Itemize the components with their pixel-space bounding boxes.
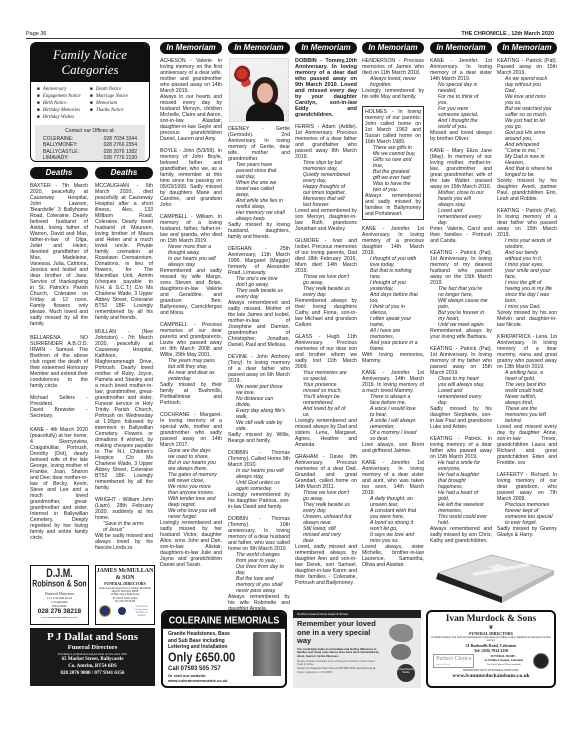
verse-line: With tender love and deep regret, [160,496,222,508]
verse-line: We still walk side by side. [228,420,290,432]
verse-line: The fact that you're no longer here, [430,286,492,298]
verse-line: Mother, close to our hearts you will alw… [430,190,492,208]
glass-end: Lovingly remembered and missed always by… [295,418,357,448]
verse-line: Gone are the days we used to share, [160,448,222,460]
verse-line: The years may pass but still they stay, [160,358,222,370]
verse-line: And that is where he longed to be. [497,166,557,178]
verse-line: I miss your eyes, your smile and your fa… [497,262,557,280]
category-item[interactable]: Birthday Wishes [37,114,90,121]
verse-line: Never more than a thought away, [160,244,222,256]
ad-nichs[interactable]: Northern Ireland Chest Heart & Stroke Re… [293,610,421,688]
keating-stephanie-end: Sadly missed by his daughter Stephanie, … [430,406,492,430]
verse-line: And days before that too, [362,292,424,304]
dallat-name: P J Dallat and Sons [30,631,155,644]
verse-line: Those we love don't go away, [295,490,357,502]
kane-brent-end: Love always, son Brent and girlfriend Ja… [362,442,424,454]
bifd-crest-icon [533,653,549,669]
verse-line: Quietly remembered every day, [295,172,357,184]
verse-line: But the love and memory of you shall nev… [228,576,290,594]
campbell-william-end: Remembered and sadly missed by wife Marg… [160,268,222,316]
murdock-web[interactable]: www.ivanmurdockandsons.co.uk [430,673,552,680]
notice-gilmore: GILMORE - Ivan and Isobel. Precious memo… [295,238,357,274]
headstone-image [253,632,281,676]
notice-glass: GLASS - Hugh. 11th Anniversary. Precious… [295,334,357,370]
notice-deighan: DEIGHAN - 25th Anniversary, 11th March 1… [228,246,290,276]
memoriam-banner: In Memoriam [430,42,492,54]
gilmore-end: Remembered always by their loving daught… [295,298,357,328]
notice-keating-stephanie: KEATING - Patrick (Pat). 1st Anniversary… [430,346,492,376]
verse-line: Time slips by but memories stay, [295,160,357,172]
deaths-banner: Deaths [30,167,88,179]
verse-line: He had a heart of gold, [430,490,492,502]
verse-line: When the one we loved was called away, [228,180,290,198]
verse-line: All I have are memories, [362,328,424,340]
verse-line: I miss the gift of having you in my life… [497,280,557,304]
verse-line: We miss you more than anyone knows. [160,484,222,496]
notice-dobbin-robinette: DOBBIN - Thomas (Tommy). 10th anniversar… [228,516,290,552]
ferris-end: Loved and remembered by son Mervyn, daug… [295,208,357,232]
verse-line: And loved by all of us. [295,406,357,418]
perfect-choice-sub: Funeral Plans [436,663,471,666]
ad-pj-dallat[interactable]: P J Dallat and Sons Funeral Directors Pr… [30,628,155,686]
category-item[interactable]: Engagement Notice [37,93,90,100]
notice-lafferty: LAFFERTY - Richard. In loving memory of … [497,472,557,502]
verse-line: As we spend each day without you Dad, [497,76,557,94]
category-item[interactable]: Birth Notice [37,100,90,107]
verse-line: Your memories are so special, [295,370,357,382]
verse-line: Was to have the two of you. [365,181,421,193]
notice-cochrane: COCHRANE - Margaret. In loving memory of… [160,412,222,448]
badge-icon [118,607,126,615]
dobbin-patricia-end: Lovingly remembered by his daughter Patr… [228,492,290,510]
holmes-box: HOLMES - In loving memory of our parents… [362,106,424,220]
portrait-image [246,73,284,121]
notice-devine: DEVINE - John Anthony (Tony). In loving … [228,354,290,384]
verse-line: There is always a face before me, [362,394,424,406]
keating-averil-end: Sorely missed by his daughter Averil, pa… [497,178,557,202]
keating-chris-end: Always remembered and sadly missed by so… [430,526,492,544]
verse-line: Gifts so rare and true, [365,157,421,169]
notice-dobbin-carolyn: DOBBIN - Tommy,10th Anniversary. In lovi… [295,58,357,118]
deaths-column-2: Deaths MCCAUGHAN - 5th March 2020, died … [95,167,153,557]
wright-verse: "Save in the arms of Jesus" [95,521,153,533]
notice-keating-melvin: KEATING - Patrick (Pat). In loving memor… [497,208,557,238]
verse-line: And whispered "Come to me," [497,142,557,154]
verse-line: He left the sweetest memories, [430,502,492,514]
verse-line: I often speak your name, [362,316,424,328]
murdock-desc: A family business free from all multinat… [430,636,552,643]
category-item[interactable]: Birthday Memories [37,107,90,114]
notice-keating-chris: KEATING - Patrick. In loving memory of a… [430,436,492,460]
kane-oliver-end: Missed and loved always by brother Olive… [430,130,492,142]
keating-barbara-end: Remembered always by your loving wife Ba… [430,328,492,340]
keating-melvin-end: Sorely missed by his son Melvin and daug… [497,310,557,328]
kane-may-end: Peter, Valerie, Carol and their families… [430,226,492,244]
verse-line: Every day along life's walk, [228,408,290,420]
verse-line: He had a laughter that brought happiness… [430,472,492,490]
notice-deeney: DEENEY - Gertie (Gertrude). 2nd Annivers… [228,126,290,162]
verse-line: Still loved, still missed and very dear. [295,526,357,544]
kane-mammy-end: With loving memories, Mammy. [362,352,424,364]
verse-line: Always loved, never forgotten. [362,76,424,88]
verse-line: Those we love don't go away, [295,274,357,286]
verse-line: Her memory we shall always keep. [228,210,290,222]
notice-campbell-william: CAMPBELL - William. In memory of a lovin… [160,214,222,244]
deeney-photo [229,58,289,122]
verse-line: And your picture in a frame. [362,340,424,352]
notice-henderson: HENDERSON - Precious memories of James w… [362,58,424,76]
ad-james-mcmullan[interactable]: JAMES McMULLAN & SON FUNERAL DIRECTORS U… [95,565,155,625]
verse-line: A voice I would love to hear, [362,406,424,418]
verse-line: And I thought the world of you. [430,118,492,130]
verse-line: Until God unites us again someday. [228,480,290,492]
fnc-title: Family Notice Categories [31,43,149,82]
verse-line: He had a smile for everyone, [430,460,492,472]
verse-line: A smiling face, a heart of gold, [497,370,557,382]
nichs-contact[interactable]: Contact our Supporter Care Team on 028 9… [297,667,379,670]
deaths-column-1: Deaths BAXTER - 7th March 2020, peaceful… [30,167,88,547]
memoriam-banner: In Memoriam [160,42,222,54]
office-row: LIMAVADY:028 7776 2130 [43,155,137,162]
verse-line: Will always cause me pain, [430,298,492,310]
family-notice-categories: Family Notice Categories Anniversary Dea… [30,42,150,162]
verse-line: Happy thoughts of our times together, [295,184,357,196]
memoriam-banner: In Memoriam [295,42,357,54]
notice-campbell-lizzie: CAMPBELL - Precious memories of our dear… [160,322,222,358]
murdock-name: Ivan Murdock & Sons [430,614,552,625]
verse-line: Unseen, unheard but always near, [295,514,357,526]
verse-line: Close to my heart you will always stay, [430,376,492,388]
verse-line: But we watched you suffer so so much, [497,106,557,118]
notice-graham: GRAHAM - Davie. 9th Anniversary. Preciou… [295,454,357,490]
notice-kirkpatrick: KIRKPATRICK - Lena. 1st Anniversary. In … [497,334,557,370]
ad-coleraine-memorials[interactable]: COLERAINE MEMORIALS Granite Headstones, … [161,610,287,688]
memoriam-column-3: In Memoriam DOBBIN - Tommy,10th Annivers… [295,42,357,592]
notice-mullan: MULLAN - (Nee Johnston) - 7th March 2020… [95,329,153,491]
deaths-banner: Deaths [95,167,153,179]
graham-end: Loved, sadly missed and remembered alway… [295,544,357,586]
verse-line: But the greatest gift we ever had: [365,169,421,181]
notice-kane-oliver: KANE - Jennifer. 1st Anniversary. In lov… [430,58,492,82]
verse-line: My Dad is now in Heaven, [497,154,557,166]
verse-line: We just had to let you go, [497,118,557,130]
nichs-body2: Please consider a donation in lieu of fl… [297,660,379,666]
category-item[interactable]: Death Notice [90,86,143,93]
verse-line: And our family without you in it, [497,250,557,262]
mcmullan-name2: & SON [96,575,154,582]
nichs-body: You could help make an immediate and las… [297,648,379,659]
verse-line: The gates of memory will never close, [160,472,222,484]
cochrane-end: Lovingly remembered and sadly missed by … [160,520,222,568]
verse-line: The very best this world could hold, [497,382,557,394]
memoriam-banner: In Memoriam [228,42,290,54]
notice-holmes: HOLMES - In loving memory of our parents… [365,109,421,145]
notice-wright: WRIGHT - William John (Liam). 28th Febru… [95,497,153,521]
notice-kane-brent: KANE - Jennifer. 1st Anniversary. 14th M… [362,370,424,394]
memoriam-banner: In Memoriam [362,42,424,54]
verse-line: A daily thought, an unseen tear, [362,496,424,508]
verse-line: We never part those we love, [228,384,290,396]
verse-line: But that is nothing new, [362,268,424,280]
verse-line: A constant wish that you were here, [362,508,424,520]
verse-line: I thought of you yesterday, [362,280,424,292]
verse-line: These are the memories you left behind. [497,406,557,424]
verse-line: They walk beside us every day. [228,288,290,300]
devine-end: Sadly missed by Willis, Bearge and famil… [228,432,290,444]
office-phone[interactable]: 028 7776 2130 [104,155,137,162]
verse-line: Precious memories forever kept of someon… [497,502,557,526]
category-item[interactable]: Memoriam [90,100,143,107]
verse-line: They walk beside us every day, [295,502,357,514]
verse-line: No distance can divide, [228,396,290,408]
verse-line: I thought of you with love today, [362,256,424,268]
mcmullan-logos: SELECTED Independent FUNERAL HOMES [96,605,154,617]
verse-line: But you're forever in my heart, [430,310,492,322]
verse-line: Your presence missed so much, [295,382,357,394]
notice-bellarena: BELLARENA NO SURRENDER A.B.O.D. IRWIN - … [30,335,88,389]
verse-line: Of a mommy I loved so dear. [362,430,424,442]
contact-offices: Contact our Offices at: COLERAINE:028 70… [35,125,145,162]
notice-kane-dorothy: KANE - 4th March 2020 (peacefully) at he… [30,427,88,541]
memoriam-column-2: In Memoriam DEENEY - Gertie (Gertrude). … [228,42,290,618]
flower-image [391,644,411,660]
acheson-end: Always in our hearts and missed every da… [160,94,222,142]
verse-line: We love and miss you so, [497,94,557,106]
verse-line: There are gifts in life we cannot buy, [365,145,421,157]
memoriam-column-5: In Memoriam KANE - Jennifer. 1st Anniver… [430,33,492,550]
verse-line: A smile I will always remember, [362,418,424,430]
category-item[interactable]: Marriage Notice [90,93,143,100]
notice-kane-mammy: KANE - Jennifer. 1st Anniversary. In lov… [362,226,424,256]
notice-ferris: FERRIS - Adam (Addie). 1st Anniversary. … [295,124,357,160]
verse-line: The world changes from year to year, [228,552,290,564]
mcmullan-name1: JAMES McMULLAN [96,568,154,575]
cm-web[interactable]: www.colerainememorials.co.uk [168,678,280,683]
nichs-org: Northern Ireland Chest Heart & Stroke [293,610,421,618]
nichs-title: Remember your loved one in a very specia… [297,620,379,646]
verse-line: For you were someone special, [430,106,492,118]
nichs-charity: Charity registration no. NIC103593 [297,672,379,675]
notice-baxter: BAXTER - 7th March 2020, peacefully at C… [30,183,88,327]
perfect-choice-text: Perfect Choice [436,656,471,663]
category-list: Anniversary Death Notice Engagement Noti… [31,82,149,125]
office-name: LIMAVADY: [43,155,69,162]
deeney-end: Sadly missed by loving husband, daughter… [228,222,290,240]
lafferty-end: Sadly missed by Granny Gladys & Harry. [497,526,557,538]
notice-keating-barbara: KEATING - Patrick (Pat). 1st Anniversary… [430,250,492,286]
memoriam-column-6: In Memoriam KEATING - Patrick (Pat). Pas… [497,33,557,544]
djm-name1: D.J.M. [31,567,88,580]
verse-line: Our lives from day to day, [228,564,290,576]
nichs-logo: Chest Heart & Stroke [397,664,415,682]
verse-line: It says we love and miss you so. [362,532,424,544]
ad-djm-robinson[interactable]: D.J.M. Robinson & Son Funeral Directors … [30,565,89,625]
notice-acheson: ACHESON - Valerie. In loving memory on t… [160,58,222,94]
fnc-title-line1: Family Notice [31,47,149,62]
cm-title: COLERAINE MEMORIALS [163,611,285,629]
bellarena-signature-1: Michael Sellers - President. [30,395,88,407]
kane-michelle-end: Loved always, sister Michelle, brother-i… [362,544,424,568]
dallat-subtitle: Funeral Directors [30,644,155,652]
verse-line: And while she lies in restful sleep, [228,198,290,210]
bible-image [432,553,556,605]
notice-kane-may: KANE - Mary Eliza Jane (May). In memory … [430,148,492,190]
verse-line: In our hearts you will always stay, [228,468,290,480]
verse-line: Never selfish, always kind, [497,394,557,406]
notice-boyle: BOYLE - John (5/3/99). In memory of John… [160,148,222,208]
verse-line: The one's we love don't go away, [228,276,290,288]
verse-line: For me to think of you, [430,94,492,106]
verse-line: We who love you will never forget. [160,508,222,520]
memoriam-column-1: In Memoriam ACHESON - Valerie. In loving… [160,42,222,574]
djm-phone[interactable]: 028 276 38218 [31,608,88,616]
verse-line: But in our hearts you are always there, [160,460,222,472]
verse-line: They walk beside us every day. [295,286,357,298]
verse-line: No special day is needed, [430,82,492,94]
perfect-choice-logo: Perfect Choice Funeral Plans [433,654,474,668]
djm-name2: Robinson & Son [31,579,88,591]
verse-line: I think of you in silence, [362,304,424,316]
verse-line: You'll always be remembered, [295,394,357,406]
dallat-phones[interactable]: 028 2076 9000 / 077 9341 6156 [30,670,155,677]
wright-end: Will be sadly missed and always loved by… [95,533,153,551]
notice-dobbin-patricia: DOBBIN - Thomas (Tommy). Called Home 9th… [228,450,290,468]
henderson-end: Lovingly remembered by his wife May and … [362,88,424,100]
contact-title: Contact our Offices at: [43,128,137,135]
verse-line: A bond so strong it won't let go, [362,520,424,532]
notice-keating-averil: KEATING - Patrick (Pat). Passed away on … [497,58,557,76]
campbell-lizzie-end: Sadly missed by their family at Bushmill… [160,382,222,406]
verse-line: Loved and remembered every day. [430,208,492,226]
flower-image [389,624,413,642]
ad-ivan-murdock[interactable]: Ivan Murdock & Sons ❦ FUNERAL DIRECTORS … [426,610,556,688]
verse-line: In our hearts you will always stay. [160,256,222,268]
verse-line: Loved and remembered every day. [430,388,492,406]
bellarena-signature-2: David Brewster - Secretary. [30,407,88,419]
mcmullan-badge: SELECTED Independent FUNERAL HOMES [133,605,151,617]
memoriam-banner: In Memoriam [497,42,557,54]
murdock-prepaid: Pre Paid Funeral Plans available [484,663,523,667]
category-item[interactable]: Anniversary [37,86,90,93]
category-item[interactable]: Thanks Notice [90,107,143,114]
verse-line: As near and dear as yesterday. [160,370,222,382]
notice-mccaughan: MCCAUGHAN - 5th March 2020, died peacefu… [95,183,153,321]
crest-icon [99,605,111,617]
kirkpatrick-end: Loved and missed every day by daughter A… [497,424,557,466]
mcmullan-line4[interactable]: Tel: 028 276 62208 [96,600,154,603]
notice-kane-michelle: KANE - Jennifer. 1st Anniversary. In lov… [362,460,424,496]
holmes-end: Always remembered and sadly missed by fa… [365,193,421,217]
verse-line: Memories that will last forever. [295,196,357,208]
verse-line: I miss your words of wisdom, [497,238,557,250]
memoriam-column-4: In Memoriam HENDERSON - Precious memorie… [362,42,424,574]
verse-line: Two years have passed since that sad day… [228,162,290,180]
djm-web[interactable]: www.robinsonsfuneraldirectors.com [31,616,88,619]
fnc-title-line2: Categories [31,62,149,77]
page-number: Page 36 [26,31,47,37]
deighan-end: Always remembered and sadly missed. Moth… [228,300,290,348]
verse-line: This world could ever hold. [430,514,492,526]
verse-line: God put His arms around you, [497,130,557,142]
